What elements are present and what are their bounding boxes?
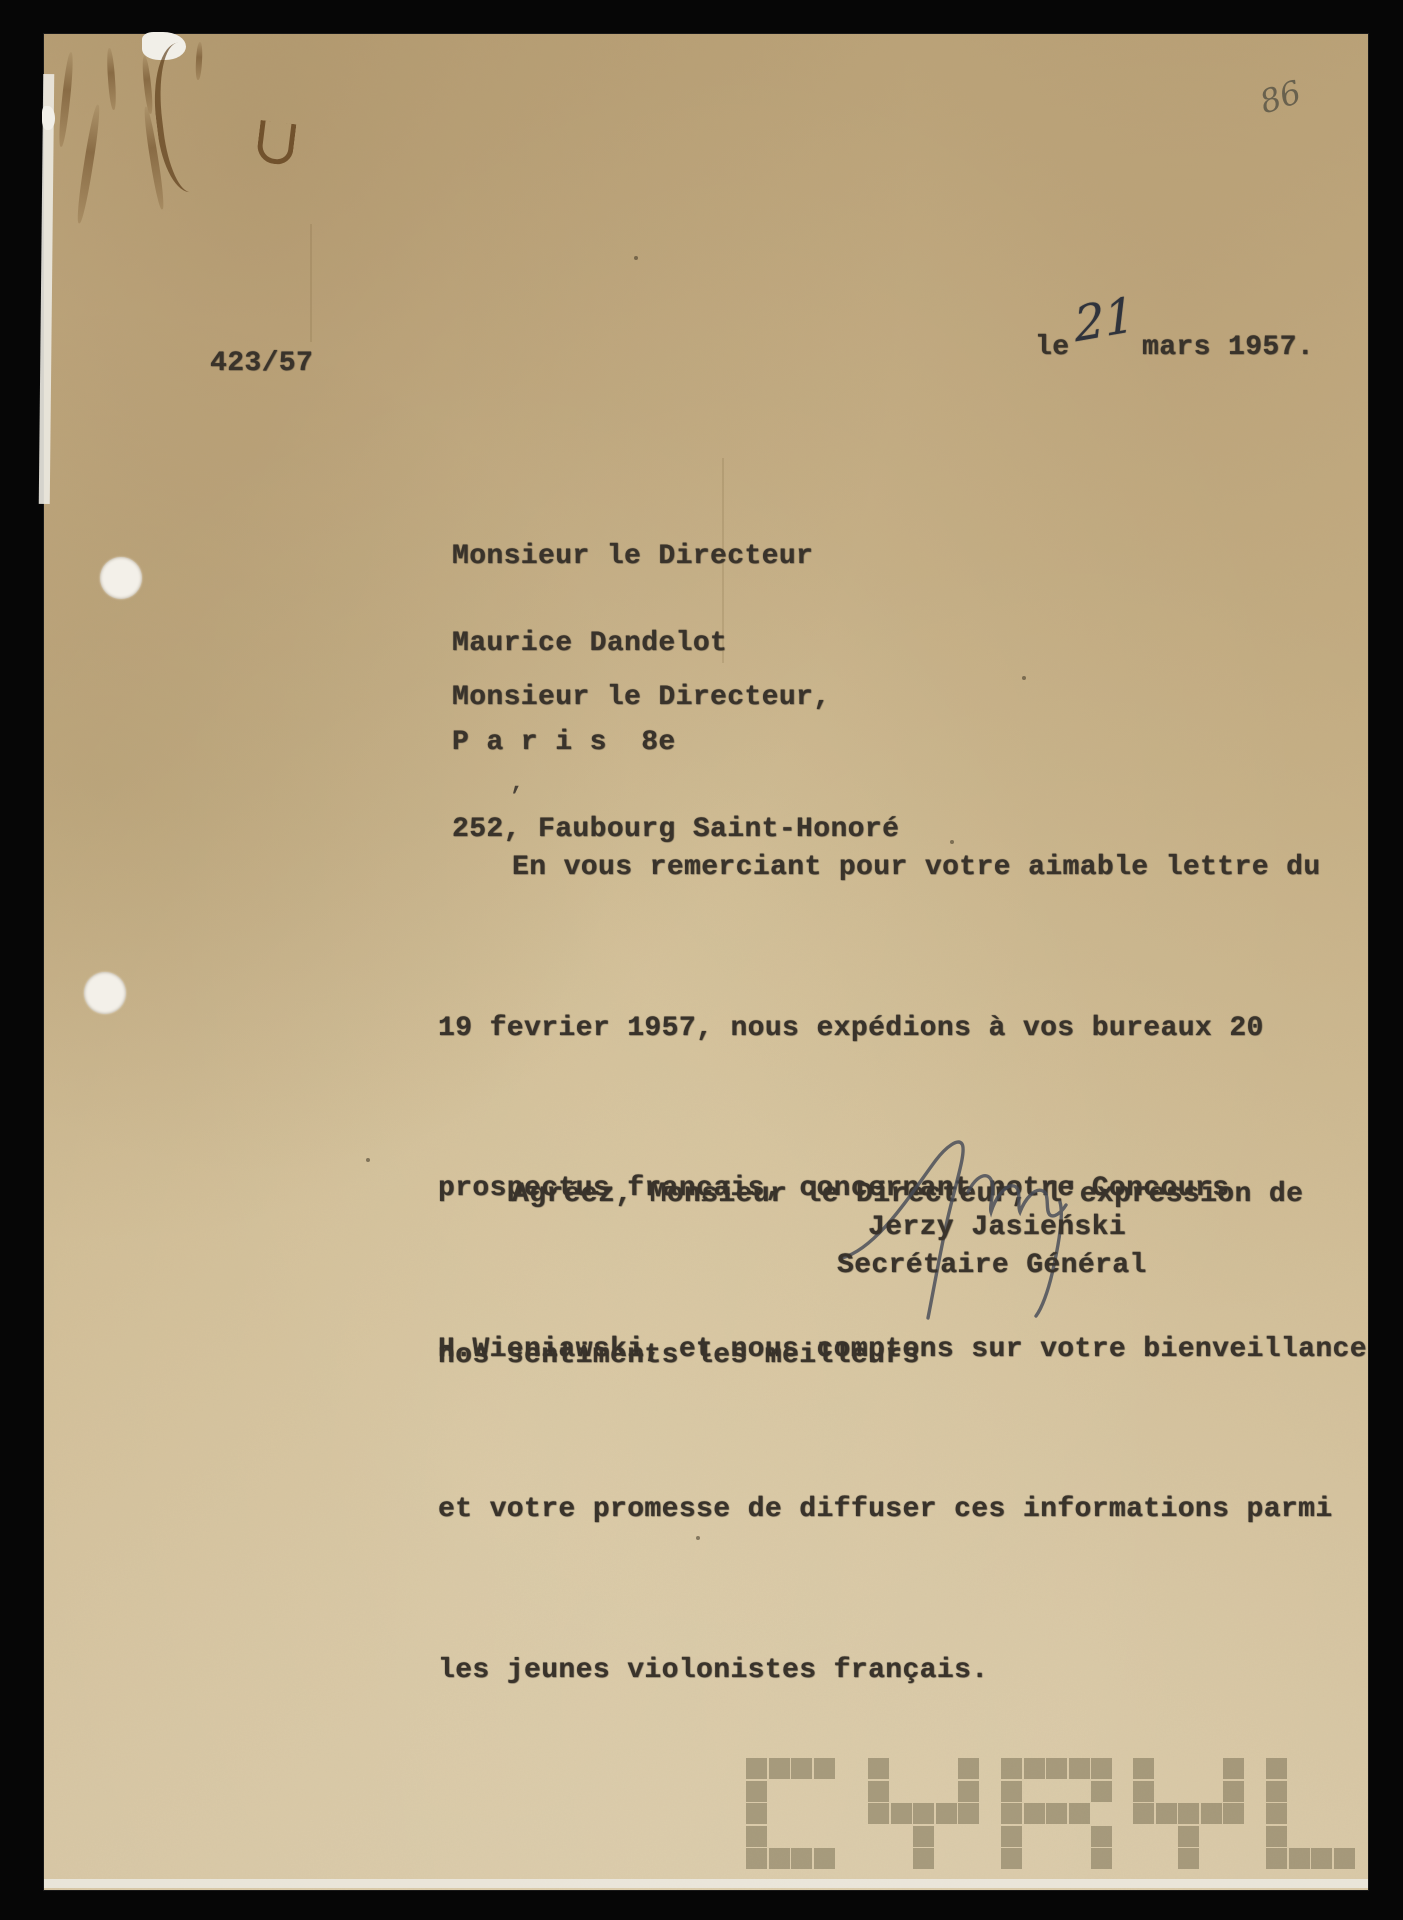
watermark-tile	[936, 1826, 957, 1847]
watermark-tile	[746, 1803, 767, 1824]
paper-speck	[634, 256, 638, 260]
watermark-tile	[1069, 1781, 1090, 1802]
watermark-tile	[1201, 1781, 1222, 1802]
watermark-tile	[913, 1803, 934, 1824]
watermark-tile	[1223, 1826, 1244, 1847]
watermark-tile	[791, 1758, 812, 1779]
watermark-tile	[868, 1781, 889, 1802]
watermark-tile	[891, 1781, 912, 1802]
watermark-tile	[769, 1758, 790, 1779]
watermark-tile	[958, 1848, 979, 1869]
watermark-tile	[814, 1848, 835, 1869]
watermark-letter	[746, 1758, 835, 1869]
watermark-tile	[958, 1803, 979, 1824]
edge-white-dot	[42, 106, 55, 130]
watermark-tile	[1266, 1803, 1287, 1824]
watermark-letter	[1001, 1758, 1112, 1869]
watermark-tile	[1266, 1826, 1287, 1847]
watermark-tile	[1178, 1781, 1199, 1802]
watermark-tile	[814, 1826, 835, 1847]
watermark-tile	[958, 1758, 979, 1779]
watermark-tile	[891, 1848, 912, 1869]
stain-streak	[141, 56, 154, 114]
hole-punch-top	[100, 557, 142, 599]
stain-streak	[106, 48, 117, 110]
watermark-tile	[1289, 1803, 1310, 1824]
watermark-tile	[1311, 1848, 1332, 1869]
watermark-tile	[1289, 1781, 1310, 1802]
archive-number-pencil: 86	[1255, 73, 1305, 122]
watermark-tile	[791, 1848, 812, 1869]
watermark-tile	[1001, 1848, 1022, 1869]
watermark-tile	[1311, 1781, 1332, 1802]
watermark-tile	[769, 1848, 790, 1869]
body-line: et votre promesse de diffuser ces inform…	[438, 1483, 1367, 1537]
watermark-tile	[1178, 1803, 1199, 1824]
watermark-tile	[1311, 1758, 1332, 1779]
watermark-tile	[791, 1803, 812, 1824]
watermark-letter	[1266, 1758, 1355, 1869]
watermark-tile	[1091, 1758, 1112, 1779]
watermark-tile	[868, 1848, 889, 1869]
watermark-tile	[746, 1848, 767, 1869]
watermark-tile	[1001, 1826, 1022, 1847]
watermark-tile	[1046, 1803, 1067, 1824]
watermark-tile	[1223, 1803, 1244, 1824]
watermark-tile	[868, 1758, 889, 1779]
recipient-line: Monsieur le Directeur	[452, 542, 899, 571]
watermark-tile	[1223, 1758, 1244, 1779]
reference-number: 423/57	[210, 348, 313, 379]
body-line: les jeunes violonistes français.	[438, 1644, 1367, 1698]
watermark-tile	[1334, 1781, 1355, 1802]
watermark-tile	[891, 1826, 912, 1847]
watermark-tile	[746, 1826, 767, 1847]
watermark-tile	[1091, 1848, 1112, 1869]
watermark-tile	[1046, 1781, 1067, 1802]
watermark-tile	[868, 1803, 889, 1824]
body-line: 19 fevrier 1957, nous expédions à vos bu…	[438, 1002, 1367, 1056]
watermark-tile	[936, 1848, 957, 1869]
stain-streak	[75, 104, 103, 224]
watermark-tile	[1156, 1848, 1177, 1869]
watermark-tile	[1069, 1803, 1090, 1824]
watermark-tile	[1178, 1826, 1199, 1847]
watermark-tile	[769, 1826, 790, 1847]
watermark-tile	[1133, 1781, 1154, 1802]
watermark-tile	[1156, 1781, 1177, 1802]
hole-punch-bottom	[84, 972, 126, 1014]
watermark-tile	[1024, 1826, 1045, 1847]
watermark-tile	[1024, 1758, 1045, 1779]
watermark-tile	[1024, 1848, 1045, 1869]
watermark-tile	[1133, 1826, 1154, 1847]
watermark-tile	[1178, 1848, 1199, 1869]
watermark-tile	[1001, 1758, 1022, 1779]
u-shaped-stain	[256, 120, 297, 166]
date-rest: mars 1957.	[1142, 332, 1314, 363]
watermark-tile	[746, 1758, 767, 1779]
watermark-tile	[891, 1758, 912, 1779]
watermark-tile	[1334, 1758, 1355, 1779]
watermark-tile	[1091, 1826, 1112, 1847]
watermark-tile	[1069, 1848, 1090, 1869]
watermark-tile	[1178, 1758, 1199, 1779]
bottom-edge-sliver	[44, 1879, 1368, 1888]
watermark-tile	[913, 1781, 934, 1802]
watermark-tile	[1133, 1803, 1154, 1824]
watermark-tile	[936, 1781, 957, 1802]
paper-speck	[1022, 676, 1026, 680]
watermark-tile	[814, 1758, 835, 1779]
watermark-tile	[1266, 1781, 1287, 1802]
watermark-tile	[814, 1781, 835, 1802]
date-prefix: le	[1035, 332, 1069, 363]
watermark-tile	[791, 1781, 812, 1802]
watermark-tile	[1201, 1848, 1222, 1869]
watermark-tile	[791, 1826, 812, 1847]
watermark-tile	[1156, 1758, 1177, 1779]
recipient-line: Maurice Dandelot	[452, 629, 899, 658]
watermark-tile	[1201, 1826, 1222, 1847]
paper-speck	[366, 1158, 370, 1162]
watermark-tile	[1311, 1803, 1332, 1824]
handwritten-day: 21	[1073, 287, 1137, 354]
watermark-tile	[1289, 1758, 1310, 1779]
watermark-letter	[868, 1758, 979, 1869]
watermark-tile	[769, 1781, 790, 1802]
watermark-tile	[746, 1781, 767, 1802]
watermark-tile	[936, 1803, 957, 1824]
watermark-tile	[1133, 1758, 1154, 1779]
watermark-tile	[1289, 1848, 1310, 1869]
watermark-tile	[1334, 1803, 1355, 1824]
watermark-tile	[1311, 1826, 1332, 1847]
watermark-tile	[1091, 1781, 1112, 1802]
paper-crease	[310, 224, 312, 342]
stain-streak	[57, 52, 75, 147]
watermark-tile	[1156, 1803, 1177, 1824]
watermark-tile	[913, 1758, 934, 1779]
watermark-tile	[913, 1848, 934, 1869]
watermark-tile	[1069, 1826, 1090, 1847]
watermark-tile	[868, 1826, 889, 1847]
watermark-tile	[936, 1758, 957, 1779]
watermark-tile	[1334, 1826, 1355, 1847]
watermark-tile	[1001, 1803, 1022, 1824]
salutation: Monsieur le Directeur,	[452, 682, 830, 713]
watermark-tile	[1046, 1848, 1067, 1869]
watermark-tile	[1289, 1826, 1310, 1847]
watermark-tile	[1223, 1848, 1244, 1869]
scan-background: , 86 423/57 le 21 mars 1957. Monsieur le…	[0, 0, 1403, 1920]
watermark-tile	[814, 1803, 835, 1824]
watermark-tile	[1133, 1848, 1154, 1869]
watermark-tile	[1046, 1758, 1067, 1779]
watermark-tile	[769, 1803, 790, 1824]
watermark-tile	[1334, 1848, 1355, 1869]
watermark-letter	[1133, 1758, 1244, 1869]
watermark-tile	[1091, 1803, 1112, 1824]
watermark-tile	[1069, 1758, 1090, 1779]
watermark-tile	[1266, 1758, 1287, 1779]
body-line: En vous remerciant pour votre aimable le…	[438, 841, 1367, 895]
watermark-tile	[1223, 1781, 1244, 1802]
letter-page: , 86 423/57 le 21 mars 1957. Monsieur le…	[44, 34, 1368, 1890]
signer-title: Secrétaire Général	[837, 1250, 1147, 1281]
watermark-tile	[1201, 1803, 1222, 1824]
watermark-tile	[891, 1803, 912, 1824]
watermark-tile	[913, 1826, 934, 1847]
signer-name: Jerzy Jasieński	[868, 1212, 1126, 1243]
watermark-tile	[958, 1781, 979, 1802]
watermark-tile	[958, 1826, 979, 1847]
watermark-tile	[1024, 1781, 1045, 1802]
watermark-tile	[1266, 1848, 1287, 1869]
watermark-tile	[1001, 1781, 1022, 1802]
left-edge-sliver	[39, 74, 55, 504]
watermark-tile	[1046, 1826, 1067, 1847]
watermark-tile	[1156, 1826, 1177, 1847]
watermark-tile	[1201, 1758, 1222, 1779]
watermark-tile	[1024, 1803, 1045, 1824]
